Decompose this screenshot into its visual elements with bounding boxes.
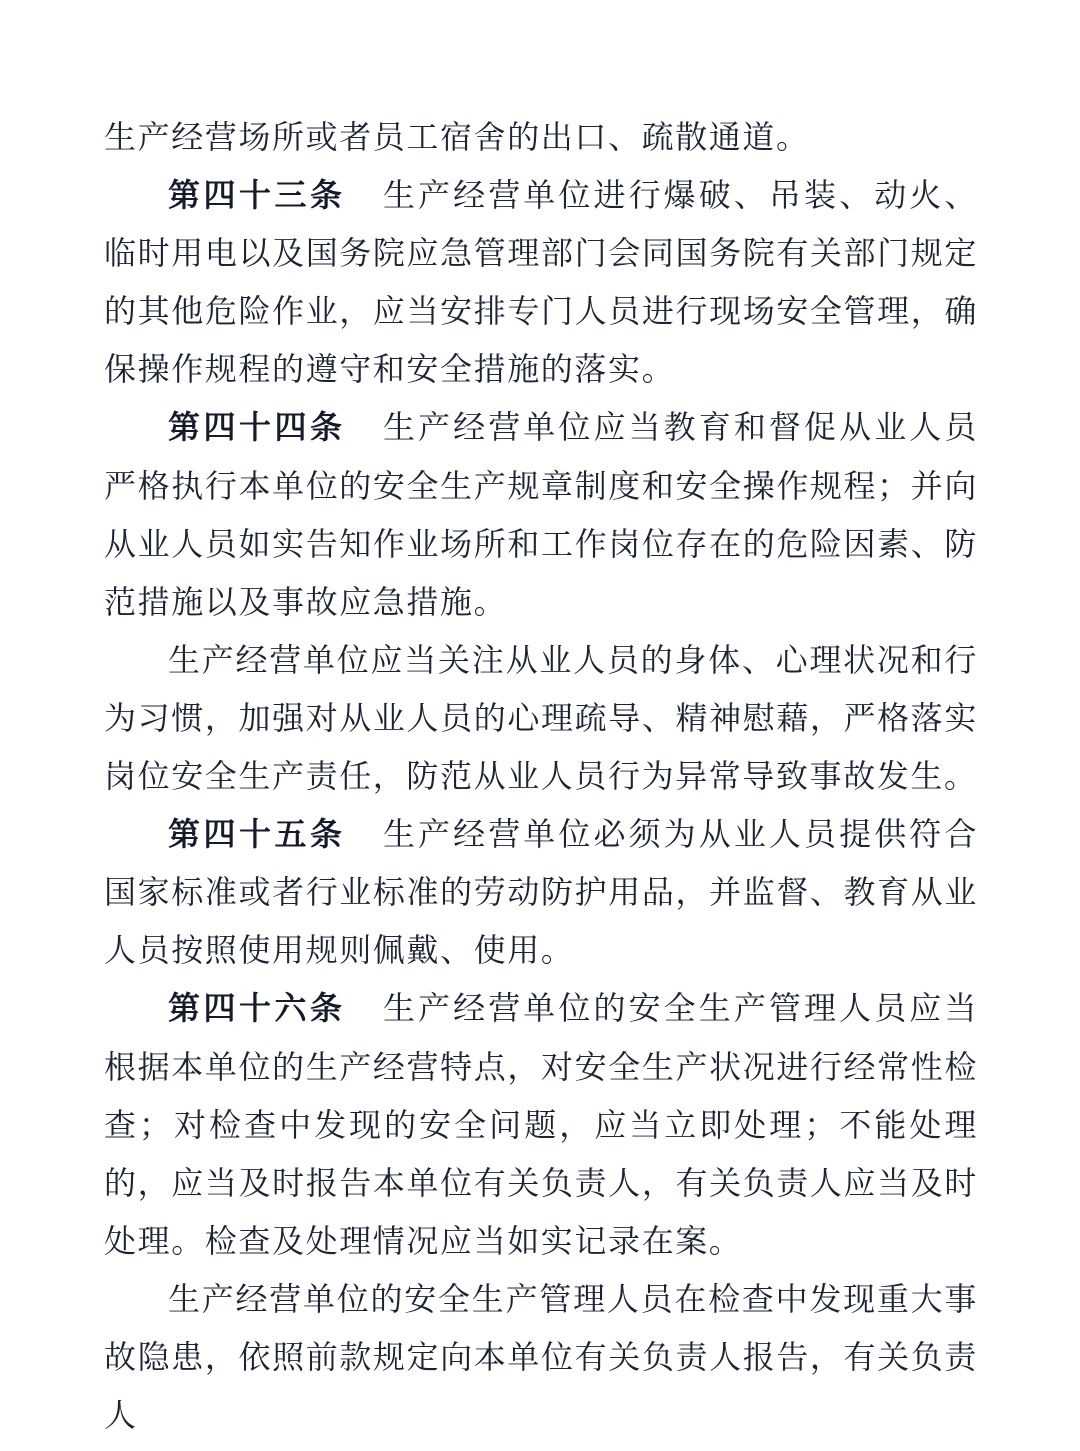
article-44-clause-2: 生产经营单位应当关注从业人员的身体、心理状况和行为习惯，加强对从业人员的心理疏导… <box>104 631 978 805</box>
document-page: 生产经营场所或者员工宿舍的出口、疏散通道。 第四十三条生产经营单位进行爆破、吊装… <box>104 108 978 1444</box>
paragraph-text: 生产经营场所或者员工宿舍的出口、疏散通道。 <box>104 118 810 156</box>
article-46: 第四十六条生产经营单位的安全生产管理人员应当根据本单位的生产经营特点，对安全生产… <box>104 979 978 1269</box>
article-46-clause-2: 生产经营单位的安全生产管理人员在检查中发现重大事故隐患，依照前款规定向本单位有关… <box>104 1270 978 1444</box>
article-text: 生产经营单位的安全生产管理人员应当根据本单位的生产经营特点，对安全生产状况进行经… <box>104 989 978 1259</box>
article-43: 第四十三条生产经营单位进行爆破、吊装、动火、临时用电以及国务院应急管理部门会同国… <box>104 166 978 398</box>
paragraph-continuation: 生产经营场所或者员工宿舍的出口、疏散通道。 <box>104 108 978 166</box>
clause-text: 生产经营单位的安全生产管理人员在检查中发现重大事故隐患，依照前款规定向本单位有关… <box>104 1280 978 1434</box>
article-number: 第四十六条 <box>168 989 345 1027</box>
article-number: 第四十五条 <box>168 815 345 853</box>
clause-text: 生产经营单位应当关注从业人员的身体、心理状况和行为习惯，加强对从业人员的心理疏导… <box>104 641 978 795</box>
article-number: 第四十四条 <box>168 408 345 446</box>
article-45: 第四十五条生产经营单位必须为从业人员提供符合国家标准或者行业标准的劳动防护用品，… <box>104 805 978 979</box>
article-44: 第四十四条生产经营单位应当教育和督促从业人员严格执行本单位的安全生产规章制度和安… <box>104 398 978 630</box>
article-number: 第四十三条 <box>168 176 345 214</box>
